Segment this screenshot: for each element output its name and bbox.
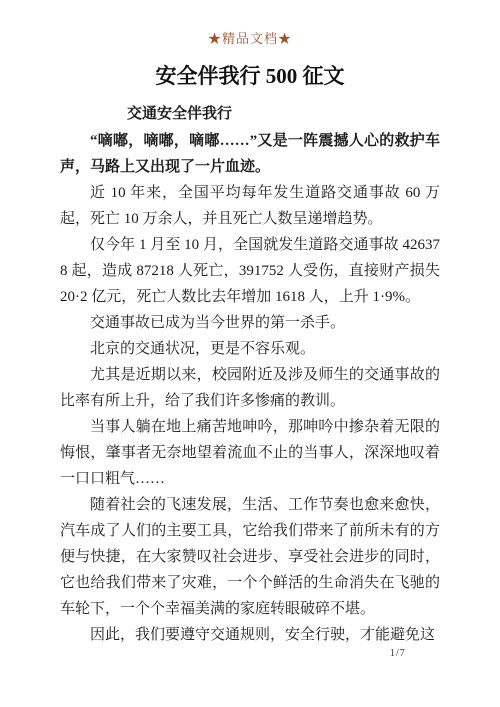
paragraph: “嘀嘟，嘀嘟，嘀嘟……”又是一阵震撼人心的救护车声，马路上又出现了一片血迹。 bbox=[60, 128, 440, 180]
page-number: 1/7 bbox=[390, 648, 406, 659]
document-header-tag: ★精品文档★ bbox=[0, 0, 500, 47]
paragraph: 尤其是近期以来，校园附近及涉及师生的交通事故的比率有所上升，给了我们许多惨痛的教… bbox=[60, 362, 440, 414]
paragraph: 交通事故已成为当今世界的第一杀手。 bbox=[60, 310, 440, 336]
paragraph: 随着社会的飞速发展，生活、工作节奏也愈来愈快，汽车成了人们的主要工具，它给我们带… bbox=[60, 492, 440, 622]
paragraph: 仅今年 1 月至 10 月，全国就发生道路交通事故 426378 起，造成 87… bbox=[60, 232, 440, 310]
document-subtitle: 交通安全伴我行 bbox=[60, 104, 440, 124]
paragraph: 北京的交通状况，更是不容乐观。 bbox=[60, 336, 440, 362]
document-title: 安全伴我行 500 征文 bbox=[0, 60, 500, 90]
document-body: “嘀嘟，嘀嘟，嘀嘟……”又是一阵震撼人心的救护车声，马路上又出现了一片血迹。 近… bbox=[60, 128, 440, 648]
document-page: ★精品文档★ 安全伴我行 500 征文 交通安全伴我行 “嘀嘟，嘀嘟，嘀嘟……”… bbox=[0, 0, 500, 707]
paragraph: 近 10 年来，全国平均每年发生道路交通事故 60 万起，死亡 10 万余人，并… bbox=[60, 180, 440, 232]
paragraph: 当事人躺在地上痛苦地呻吟，那呻吟中掺杂着无限的悔恨，肇事者无奈地望着流血不止的当… bbox=[60, 414, 440, 492]
paragraph: 因此，我们要遵守交通规则，安全行驶，才能避免这 bbox=[60, 622, 440, 648]
